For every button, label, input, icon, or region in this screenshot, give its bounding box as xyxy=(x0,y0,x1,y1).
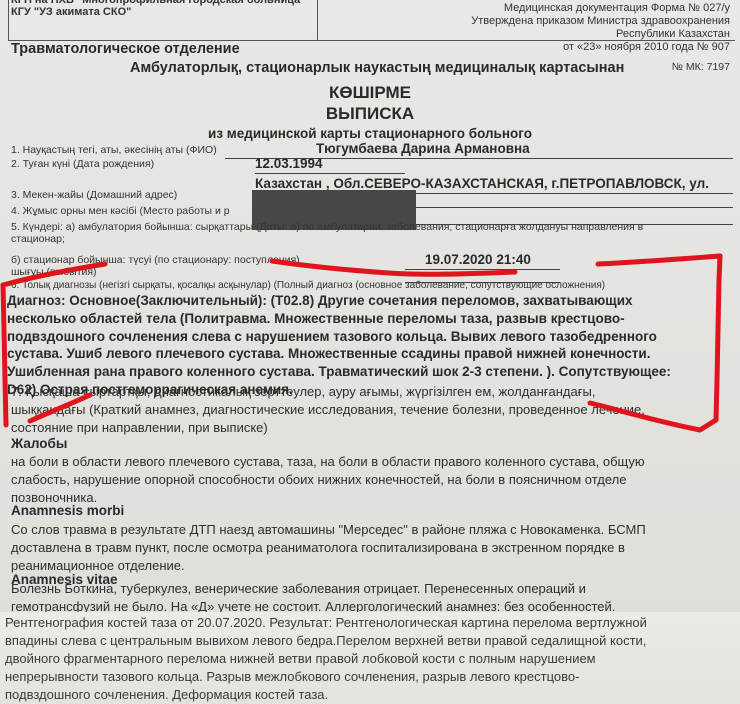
dob-label: 2. Туған күні (Дата рождения) xyxy=(11,158,154,170)
department: Травматологическое отделение xyxy=(11,41,240,57)
anamnesis-morbi-line: доставлена в травм пункт, после осмотра … xyxy=(11,539,625,557)
xray-line: непрерывности тазового кольца. Разрыв ме… xyxy=(5,668,579,686)
xray-line: Рентгенография костей таза от 20.07.2020… xyxy=(5,614,647,632)
title-kazakh-line: Амбулаторлық, стационарлык наукастың мед… xyxy=(130,60,624,76)
xray-line: двойного фрагментарного перелома нижней … xyxy=(5,650,596,668)
diagnosis-line: сустава. Ушиб левого плечевого сустава. … xyxy=(7,345,722,363)
diagnosis-line: подвздошного сочленения слева с нарушени… xyxy=(7,328,722,346)
address-label: 3. Мекен-жайы (Домашний адрес) xyxy=(11,189,177,201)
admission-datetime: 19.07.2020 21:40 xyxy=(425,252,531,267)
address-value: Казахстан , Обл.СЕВЕРО-КАЗАХСТАНСКАЯ, г.… xyxy=(255,176,709,191)
card-number: № МК: 7197 xyxy=(672,60,730,75)
dob-underline xyxy=(255,173,405,174)
title-kazakh: КӨШІРМЕ xyxy=(0,83,740,103)
anamnesis-morbi-line: Со слов травма в результате ДТП наезд ав… xyxy=(11,521,646,539)
days-label-cont: стационар; xyxy=(11,233,65,245)
anamnesis-vitae-line: Болезнь Боткина, туберкулез, венерически… xyxy=(11,580,586,598)
admission-underline xyxy=(405,269,560,270)
days-label: 5. Күндері: а) амбулатория бойынша: сырқ… xyxy=(11,221,643,233)
work-label: 4. Жұмыс орны мен кәсібі (Место работы и… xyxy=(11,205,230,217)
diagnosis-line: несколько областей тела (Политравма. Мно… xyxy=(7,310,722,328)
complaints-line: слабость, нарушение опорной способности … xyxy=(11,471,626,489)
title-russian: ВЫПИСКА xyxy=(0,104,740,124)
xray-report-block: Рентгенография костей таза от 20.07.2020… xyxy=(0,612,740,704)
form-order-date: от «23» ноября 2010 года № 907 xyxy=(563,40,730,55)
dob-value: 12.03.1994 xyxy=(255,156,323,171)
summary-label-3: состояние при направлении, при выписке) xyxy=(11,419,268,437)
complaints-heading: Жалобы xyxy=(11,436,67,451)
anamnesis-morbi-heading: Anamnesis morbi xyxy=(11,503,124,518)
xray-line: впадины слева с центральным вывихом лево… xyxy=(5,632,646,650)
fio-label: 1. Науқастың тегі, аты, әкесінің аты (ФИ… xyxy=(11,144,217,156)
full-diagnosis-label: 6. Толық диагнозы (негізгі сырқаты, қоса… xyxy=(11,280,605,291)
diagnosis-line: Диагноз: Основное(Заключительный): (Т02.… xyxy=(7,292,722,310)
summary-label-1: 7. Қысқаша сыртартқы, диагностикалық зер… xyxy=(11,383,595,401)
hospital-authority: КГУ "УЗ акимата СКО" xyxy=(11,6,131,18)
work-underline-1 xyxy=(410,207,733,208)
subtitle: из медицинской карты стационарного больн… xyxy=(0,126,740,141)
xray-line: подвздошного сочленения. Деформация кост… xyxy=(5,686,328,704)
stationary-label: б) стационар бойынша: түсуі (по стациона… xyxy=(11,254,300,266)
discharge-label: шығуы (выбытия) xyxy=(11,266,97,278)
fio-value: Тюгумбаева Дарина Армановна xyxy=(316,141,530,156)
summary-label-2: шыққандағы (Краткий анамнез, диагностиче… xyxy=(11,401,645,419)
complaints-line: на боли в области левого плечевого суста… xyxy=(11,453,645,471)
diagnosis-line: Ушибленная рана правого коленного сустав… xyxy=(7,363,722,381)
